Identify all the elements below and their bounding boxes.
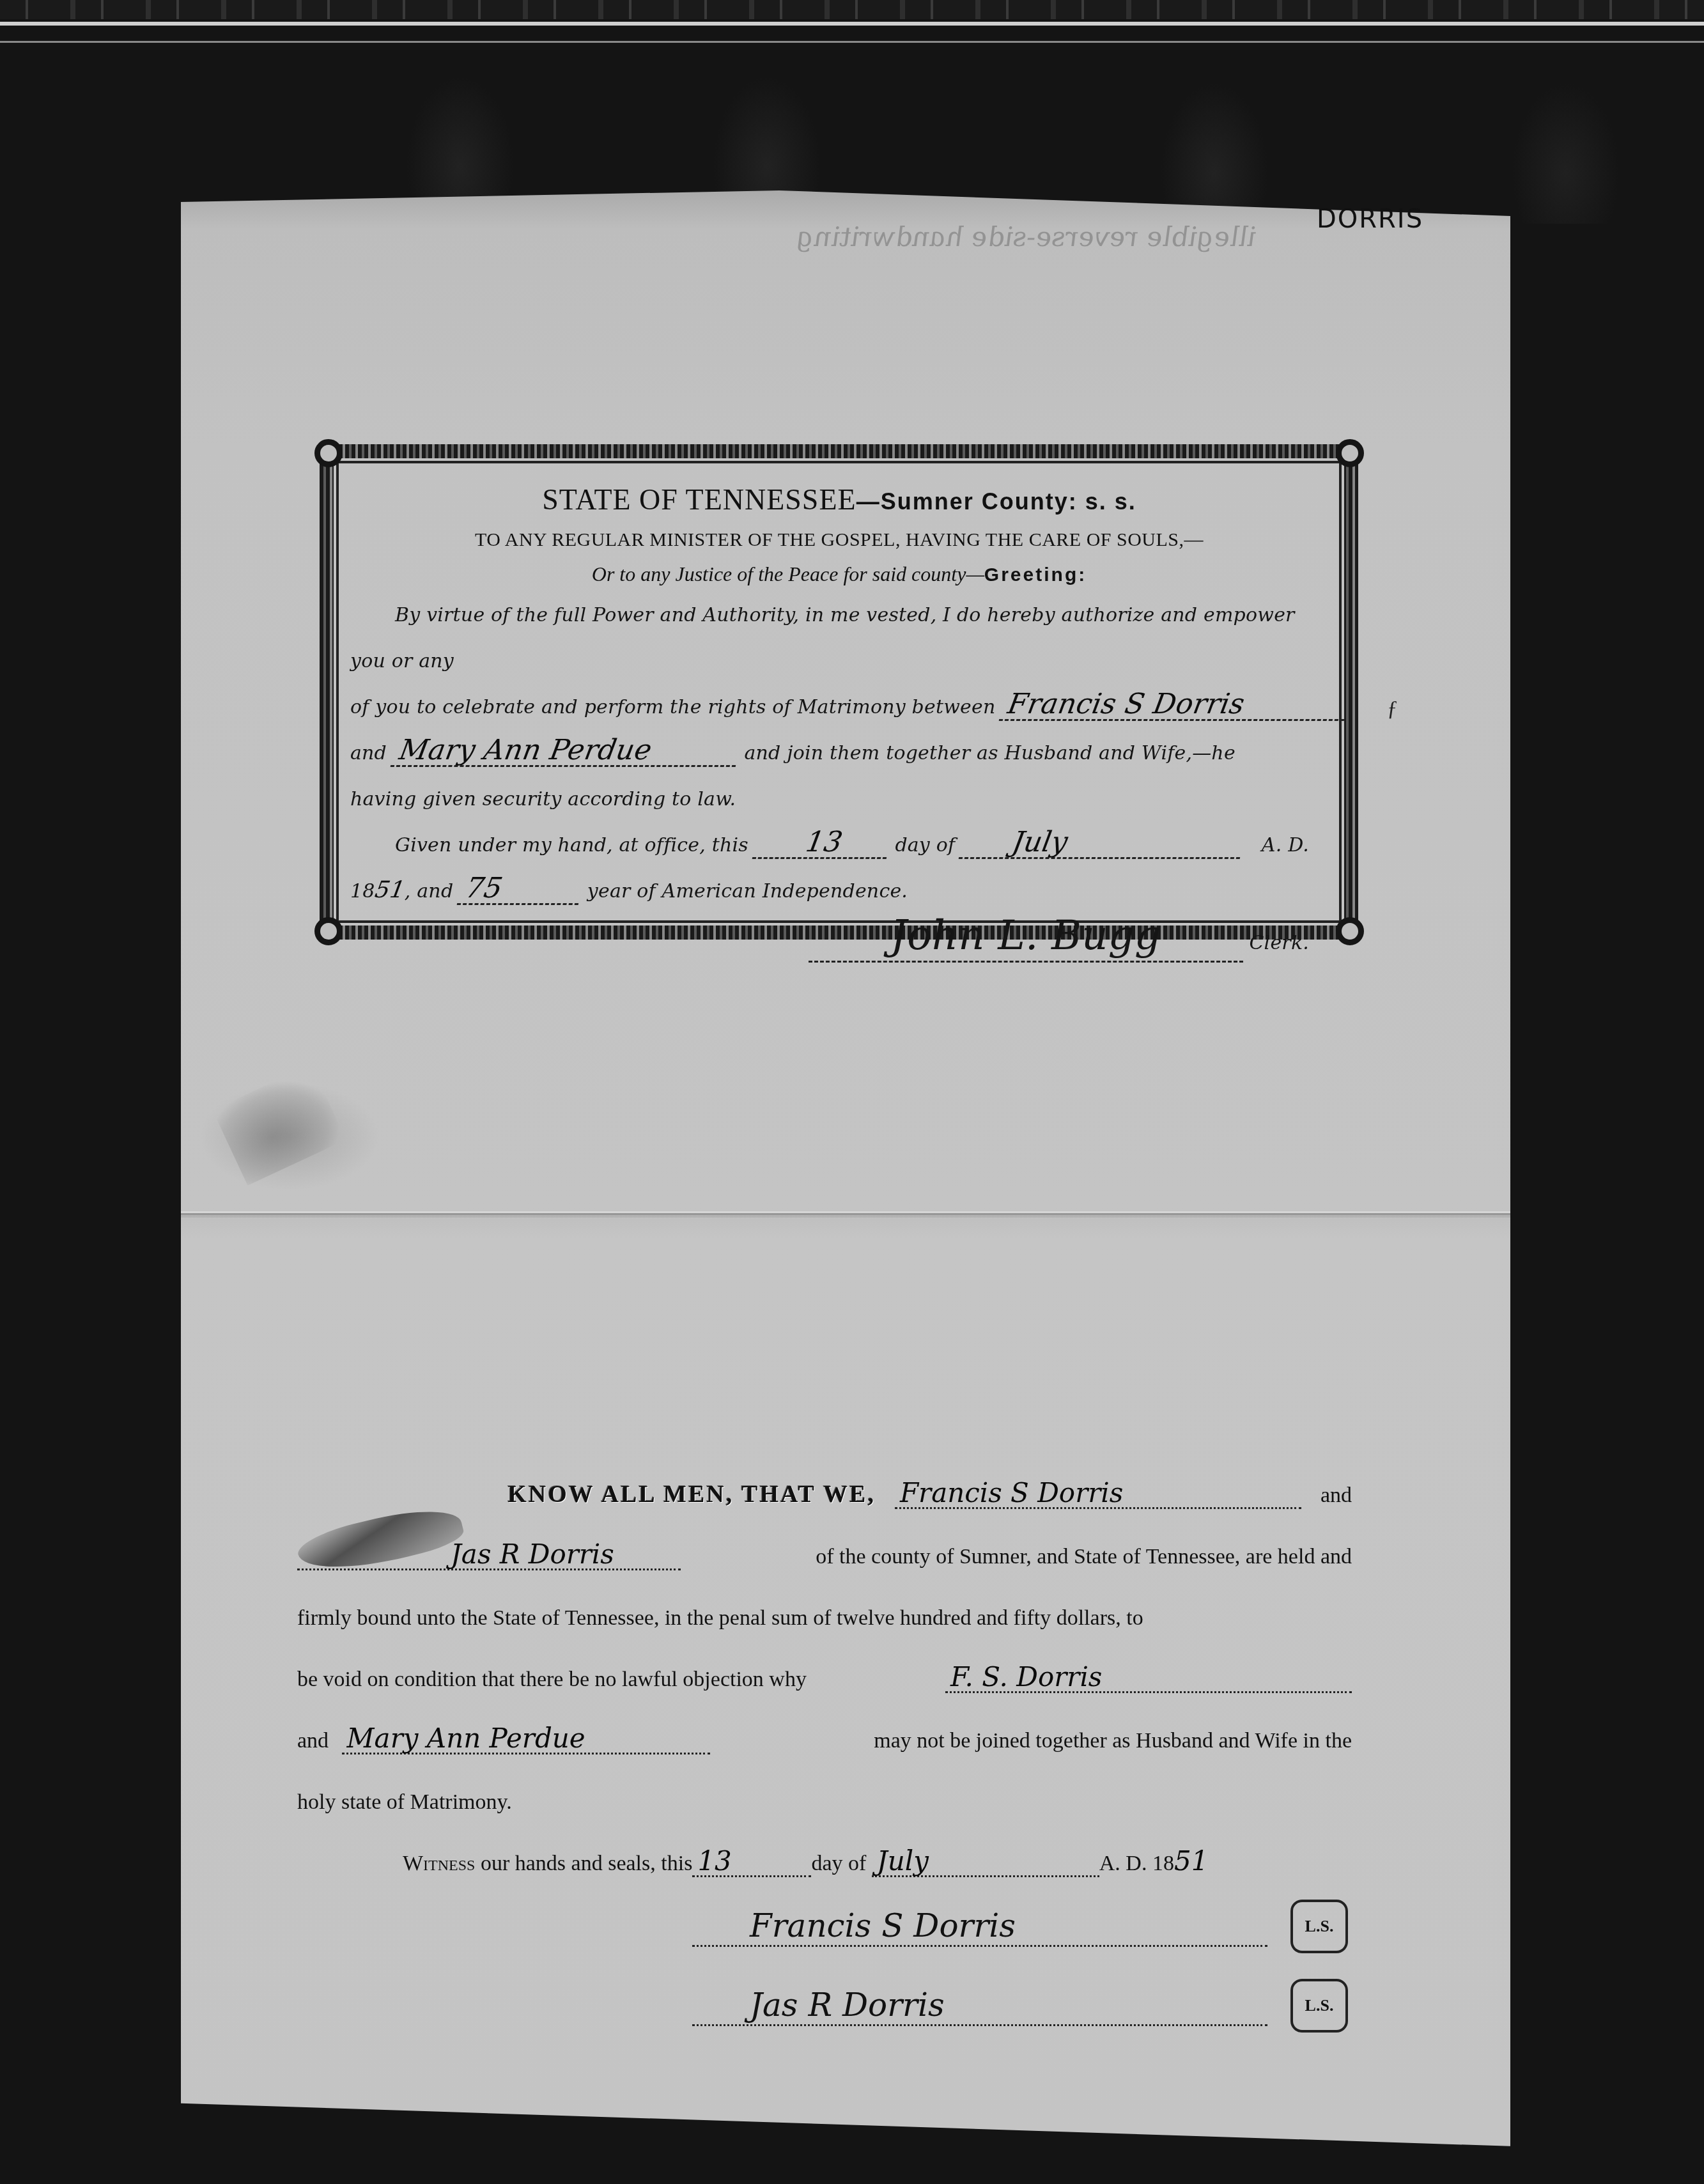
greeting-prefix: Or to any Justice of the Peace for said … [592,562,984,585]
bond-line-5-text: may not be joined together as Husband an… [874,1710,1352,1772]
clerk-signature: John L. Bugg [809,911,1243,963]
seal-bracket: L.S. [1290,1979,1348,2033]
bond-line-5-and: and [297,1729,329,1753]
scanner-header-strip [0,0,1704,19]
independence-text: year of American Independence. [587,880,908,902]
bond-year-field: 51 [1174,1847,1208,1875]
bond-day-field: 13 [692,1847,811,1877]
license-body-line-3: and Mary Ann Perdue and join them togeth… [350,731,1328,777]
groom-name-field: Francis S Dorris [999,690,1350,721]
license-year-line: 1851, and 75 year of American Independen… [350,869,1328,915]
bond-line-6: holy state of Matrimony. [297,1772,1352,1833]
bond-line-4-text: be void on condition that there be no la… [297,1649,807,1710]
surety-signature: Jas R Dorris [692,1986,1267,2026]
bond-line-2: Jas R Dorris of the county of Sumner, an… [297,1526,1352,1588]
seal-bracket: L.S. [1290,1900,1348,1953]
bond-day-of: day of [811,1833,866,1894]
license-greeting: Or to any Justice of the Peace for said … [350,562,1328,586]
body-line-2-text: of you to celebrate and perform the righ… [350,696,996,718]
bond-ad: A. D. 18 [1099,1833,1174,1894]
license-body-line-1: By virtue of the full Power and Authorit… [350,592,1328,685]
bond-heading: KNOW ALL MEN, THAT WE, [507,1464,876,1525]
bride-name-field: Mary Ann Perdue [390,736,741,767]
bond-line-3: firmly bound unto the State of Tennessee… [297,1588,1352,1649]
year-and: , and [405,880,453,902]
bond-principal-field: Francis S Dorris [895,1479,1301,1509]
margin-mark: ƒ [1387,697,1398,721]
day-of-text: day of [895,834,955,856]
witness-word: Witness [403,1833,475,1894]
bond-month-field: July [872,1847,1099,1877]
bond-bride-field: Mary Ann Perdue [342,1724,710,1754]
bond-line-5: and Mary Ann Perdue may not be joined to… [297,1710,1352,1772]
license-year-field: 51 [373,876,407,905]
body-line-3-and: and [350,742,387,764]
principal-signature: Francis S Dorris [692,1907,1267,1947]
signature-row: Francis S Dorris L.S. [297,1900,1352,1953]
license-day-field: 13 [752,828,892,859]
license-title: STATE OF TENNESSEE—Sumner County: s. s. [350,483,1328,516]
scanner-edge-line [0,41,1704,43]
license-month-field: July [959,828,1246,859]
clerk-signature-line: John L. Bugg Clerk. [350,911,1328,966]
bleed-through-text: illegible reverse-side handwriting [233,217,1262,435]
paper-fold-crease [181,1211,1510,1218]
bond-groom-field: F. S. Dorris [945,1663,1352,1693]
title-county: —Sumner County: s. s. [856,488,1136,515]
marriage-license: STATE OF TENNESSEE—Sumner County: s. s. … [350,476,1328,917]
marriage-bond: KNOW ALL MEN, THAT WE, Francis S Dorris … [297,1464,1352,2033]
license-address-line: TO ANY REGULAR MINISTER OF THE GOSPEL, H… [350,529,1328,551]
bond-line-2-text: of the county of Sumner, and State of Te… [816,1526,1352,1588]
clerk-title: Clerk. [1249,932,1309,954]
license-body-line-4: having given security according to law. [350,777,1328,823]
greeting-word: Greeting: [984,564,1087,585]
corner-ornament-icon [314,917,343,945]
corner-ornament-icon [1336,439,1364,467]
bond-line-4: be void on condition that there be no la… [297,1649,1352,1710]
year-prefix: 18 [350,880,375,902]
bond-and: and [1321,1465,1352,1526]
signature-row: Jas R Dorris L.S. [297,1979,1352,2033]
license-body-line-2: of you to celebrate and perform the righ… [350,685,1328,731]
bond-witness-line: Witness our hands and seals, this 13 day… [403,1833,1352,1894]
scanner-edge-line [0,22,1704,26]
bond-surety-field: Jas R Dorris [297,1540,681,1570]
witness-text: our hands and seals, this [481,1833,692,1894]
surname-label: DORRIS [1317,205,1423,234]
corner-ornament-icon [1336,917,1364,945]
independence-year-field: 75 [457,874,584,905]
license-given-line: Given under my hand, at office, this 13 … [350,823,1328,869]
title-state: STATE OF TENNESSEE [542,483,856,516]
bond-line-1: KNOW ALL MEN, THAT WE, Francis S Dorris … [297,1464,1352,1526]
ad-text: A. D. [1262,834,1309,856]
body-line-3-text: and join them together as Husband and Wi… [745,742,1235,764]
corner-ornament-icon [314,439,343,467]
given-prefix: Given under my hand, at office, this [395,834,748,856]
